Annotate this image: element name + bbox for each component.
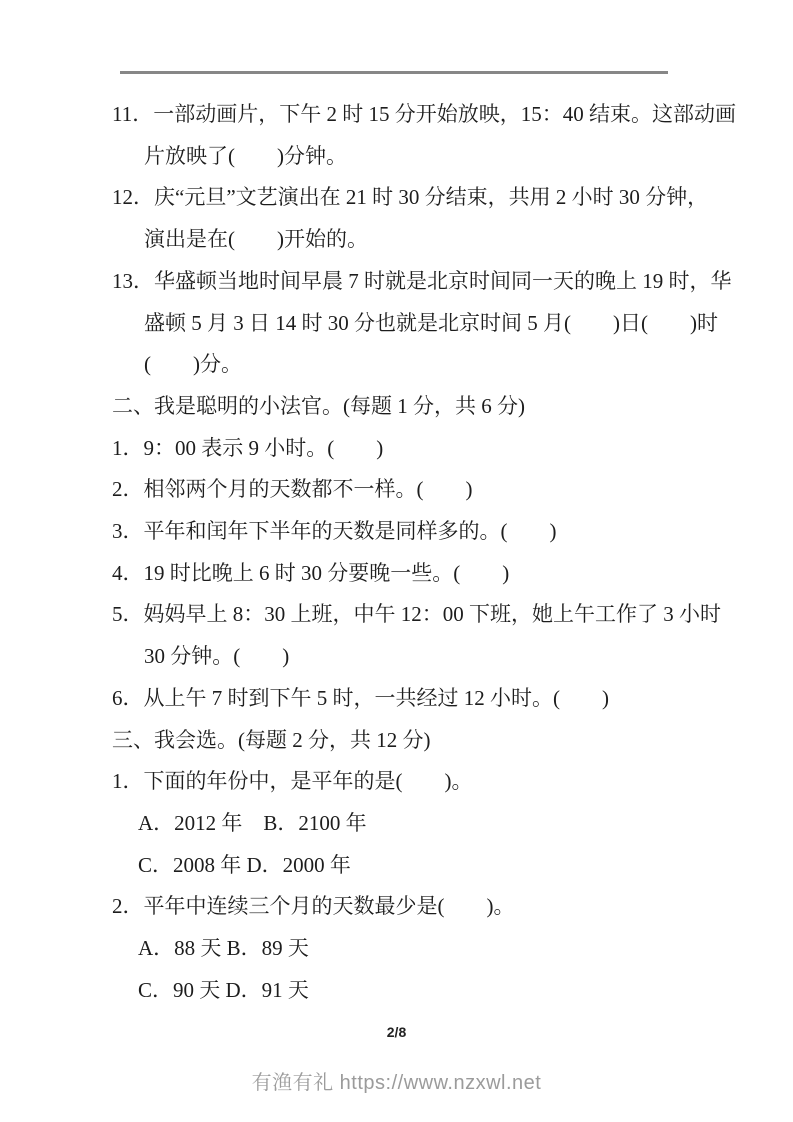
- question-11-line-1: 11．一部动画片，下午 2 时 15 分开始放映，15：40 结束。这部动画: [112, 94, 674, 136]
- watermark-text: 有渔有礼 https://www.nzxwl.net: [0, 1066, 793, 1095]
- section-2-item-1: 1．9：00 表示 9 小时。( ): [112, 428, 674, 470]
- section-2-item-2: 2．相邻两个月的天数都不一样。( ): [112, 469, 674, 511]
- header-divider: [120, 71, 668, 74]
- worksheet-page: 11．一部动画片，下午 2 时 15 分开始放映，15：40 结束。这部动画 片…: [0, 0, 793, 1122]
- question-13-line-3: ( )分。: [112, 344, 674, 386]
- section-2-item-3: 3．平年和闰年下半年的天数是同样多的。( ): [112, 511, 674, 553]
- section-3-item-2-options-ab: A．88 天 B．89 天: [112, 928, 674, 970]
- section-3-item-2-stem: 2．平年中连续三个月的天数最少是( )。: [112, 886, 674, 928]
- section-2-item-4: 4．19 时比晚上 6 时 30 分要晚一些。( ): [112, 553, 674, 595]
- page-number: 2/8: [0, 1024, 793, 1040]
- section-3-item-2-options-cd: C．90 天 D．91 天: [112, 970, 674, 1012]
- question-13-line-2: 盛顿 5 月 3 日 14 时 30 分也就是北京时间 5 月( )日( )时: [112, 303, 674, 345]
- section-2-item-6: 6．从上午 7 时到下午 5 时，一共经过 12 小时。( ): [112, 678, 674, 720]
- section-2-item-5-line-2: 30 分钟。( ): [112, 636, 674, 678]
- section-3-item-1-stem: 1．下面的年份中，是平年的是( )。: [112, 761, 674, 803]
- section-3-title: 三、我会选。(每题 2 分，共 12 分): [112, 720, 674, 762]
- section-2-title: 二、我是聪明的小法官。(每题 1 分，共 6 分): [112, 386, 674, 428]
- section-3-item-1-options-cd: C．2008 年 D．2000 年: [112, 845, 674, 887]
- worksheet-content: 11．一部动画片，下午 2 时 15 分开始放映，15：40 结束。这部动画 片…: [112, 94, 674, 1011]
- question-12-line-2: 演出是在( )开始的。: [112, 219, 674, 261]
- question-11-line-2: 片放映了( )分钟。: [112, 136, 674, 178]
- question-12-line-1: 12．庆“元旦”文艺演出在 21 时 30 分结束，共用 2 小时 30 分钟，: [112, 177, 674, 219]
- question-13-line-1: 13．华盛顿当地时间早晨 7 时就是北京时间同一天的晚上 19 时，华: [112, 261, 674, 303]
- section-3-item-1-options-ab: A．2012 年 B．2100 年: [112, 803, 674, 845]
- section-2-item-5-line-1: 5．妈妈早上 8：30 上班，中午 12：00 下班，她上午工作了 3 小时: [112, 594, 674, 636]
